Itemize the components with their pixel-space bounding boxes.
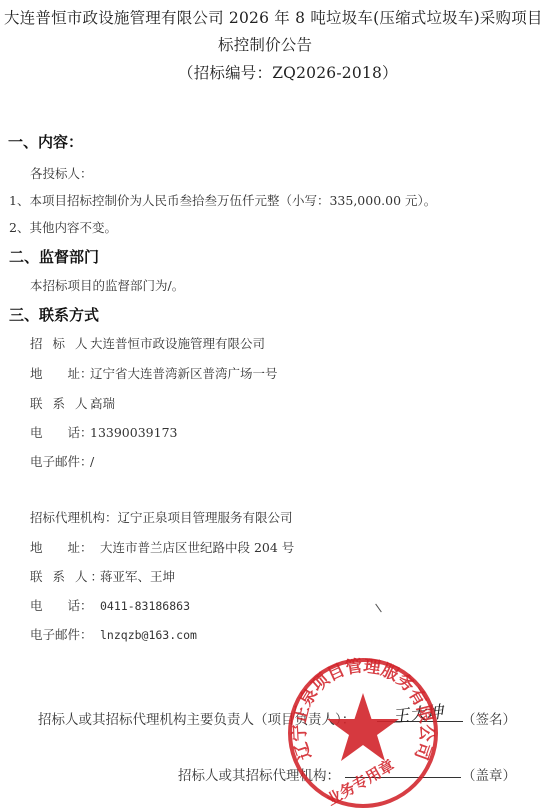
document-title-line2: 标控制价公告 [218, 33, 312, 55]
section3-heading: 三、联系方式 [9, 304, 99, 325]
tenderer-phone-label: 电 话： [30, 423, 90, 441]
tenderer-email-row: 电子邮件：/ [30, 452, 94, 470]
agency-email-value: lnzqzb@163.com [100, 628, 197, 642]
tenderer-contact-label: 联 系 人： [30, 394, 90, 412]
tenderer-contact-value: 高瑞 [90, 396, 115, 411]
tenderer-address-value: 辽宁省大连普湾新区普湾广场一号 [90, 366, 278, 381]
agency-phone-row: 电 话：0411-83186863 [30, 596, 190, 614]
document-title-line1: 大连普恒市政设施管理有限公司 2026 年 8 吨垃圾车(压缩式垃圾车)采购项目… [4, 6, 540, 28]
agency-address-row: 地 址：大连市普兰店区世纪路中段 204 号 [30, 538, 294, 556]
company-seal: 辽宁正泉项目管理服务有限公司 业务专用章 [285, 655, 441, 811]
agency-contact-row: 联 系 人：蒋亚军、王坤 [30, 567, 175, 585]
agency-name-label: 招标代理机构： [30, 508, 118, 526]
signature-line2-suffix: （盖章） [462, 764, 516, 784]
greeting: 各投标人： [30, 164, 93, 182]
tender-number: （招标编号：ZQ2026-2018） [178, 61, 398, 83]
agency-phone-value: 0411-83186863 [100, 599, 190, 613]
tenderer-email-label: 电子邮件： [30, 452, 90, 470]
tenderer-phone-value: 13390039173 [90, 425, 177, 440]
agency-address-value: 大连市普兰店区世纪路中段 204 号 [100, 540, 294, 555]
tenderer-name-label: 招 标 人： [30, 334, 90, 352]
tenderer-address-row: 地 址：辽宁省大连普湾新区普湾广场一号 [30, 364, 278, 382]
item-control-price: 1、本项目招标控制价为人民币叁拾叁万伍仟元整（小写：335,000.00 元）。 [9, 191, 436, 209]
agency-contact-value: 蒋亚军、王坤 [100, 569, 175, 584]
agency-name-row: 招标代理机构：辽宁正泉项目管理服务有限公司 [30, 508, 293, 526]
tenderer-email-value: / [90, 454, 94, 469]
tenderer-address-label: 地 址： [30, 364, 90, 382]
agency-email-row: 电子邮件：lnzqzb@163.com [30, 625, 197, 643]
tenderer-phone-row: 电 话：13390039173 [30, 423, 177, 441]
section1-heading: 一、内容： [8, 131, 83, 152]
tenderer-contact-row: 联 系 人：高瑞 [30, 394, 115, 412]
section2-heading: 二、监督部门 [9, 246, 99, 267]
agency-contact-label: 联 系 人： [30, 567, 100, 585]
signature-line1-suffix: （签名） [462, 708, 516, 728]
agency-address-label: 地 址： [30, 538, 100, 556]
agency-email-label: 电子邮件： [30, 625, 100, 643]
item-other: 2、其他内容不变。 [9, 218, 117, 236]
seal-icon: 辽宁正泉项目管理服务有限公司 业务专用章 [285, 655, 441, 811]
tenderer-name-value: 大连普恒市政设施管理有限公司 [90, 336, 265, 351]
supervision-text: 本招标项目的监督部门为/。 [30, 276, 184, 294]
agency-name-value: 辽宁正泉项目管理服务有限公司 [118, 510, 293, 525]
stray-mark [375, 604, 382, 613]
agency-phone-label: 电 话： [30, 596, 100, 614]
tenderer-name-row: 招 标 人：大连普恒市政设施管理有限公司 [30, 334, 265, 352]
